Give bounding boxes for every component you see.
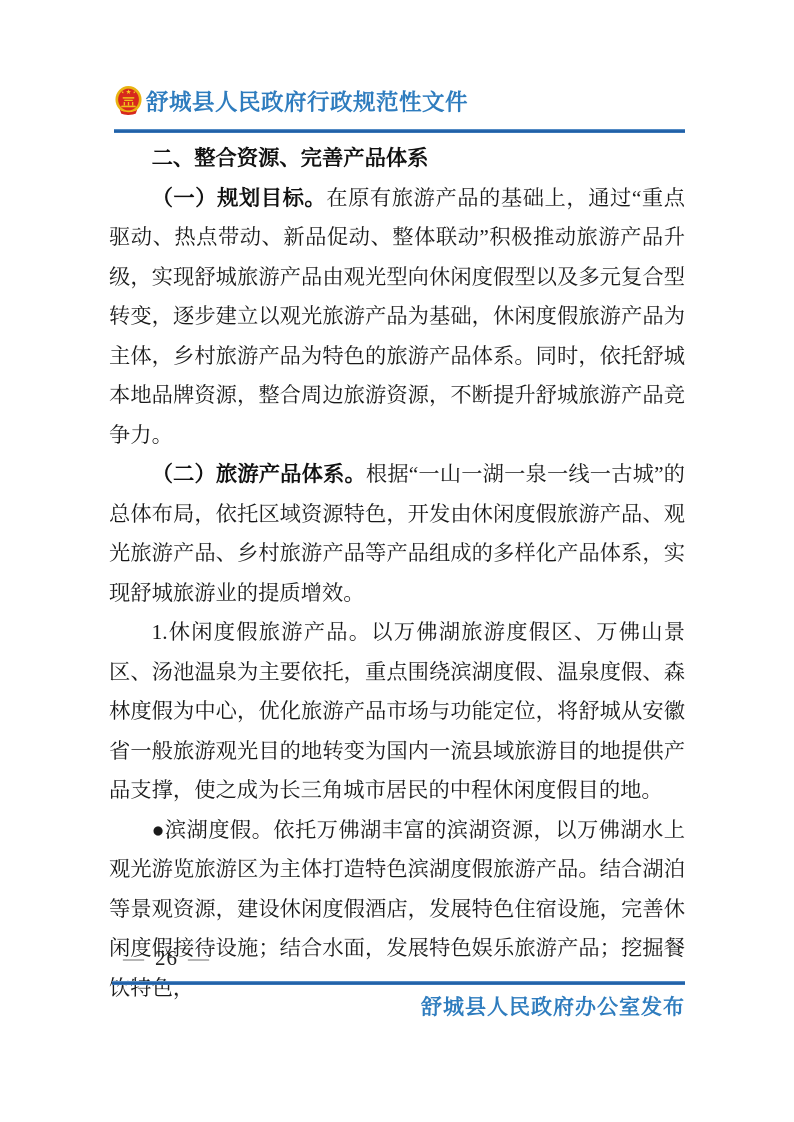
- paragraph-lakeside-holiday-text: ●滨湖度假。依托万佛湖丰富的滨湖资源，以万佛湖水上观光游览旅游区为主体打造特色滨…: [109, 818, 685, 1000]
- paragraph-product-system-lead: （二）旅游产品体系。: [152, 462, 366, 486]
- publisher-line: 舒城县人民政府办公室发布: [109, 993, 685, 1023]
- svg-text:★: ★: [133, 90, 136, 94]
- paragraph-planning-goal-lead: （一）规划目标。: [152, 186, 327, 210]
- paragraph-planning-goal-text: 在原有旅游产品的基础上，通过“重点驱动、热点带动、新品促动、整体联动”积极推动旅…: [109, 186, 685, 447]
- header-divider: [114, 129, 685, 133]
- national-emblem-icon: ★ ★ ★: [114, 85, 143, 117]
- paragraph-leisure-products: 1.休闲度假旅游产品。以万佛湖旅游度假区、万佛山景区、汤池温泉为主要依托，重点围…: [109, 613, 685, 811]
- page-number-right-dash: —: [182, 946, 216, 970]
- document-page: ★ ★ ★ 舒城县人民政府行政规范性文件 二、整合资源、完善产品体系 （一）规划…: [0, 0, 794, 1122]
- paragraph-planning-goal: （一）规划目标。在原有旅游产品的基础上，通过“重点驱动、热点带动、新品促动、整体…: [109, 179, 685, 456]
- footer-divider: [112, 981, 685, 985]
- svg-text:★: ★: [126, 90, 132, 96]
- document-title: 舒城县人民政府行政规范性文件: [146, 85, 468, 117]
- svg-text:★: ★: [121, 90, 124, 94]
- page-number-value: 26: [151, 946, 182, 970]
- paragraph-leisure-products-text: 1.休闲度假旅游产品。以万佛湖旅游度假区、万佛山景区、汤池温泉为主要依托，重点围…: [109, 620, 685, 802]
- header-title-row: ★ ★ ★ 舒城县人民政府行政规范性文件: [114, 84, 685, 118]
- document-body: 二、整合资源、完善产品体系 （一）规划目标。在原有旅游产品的基础上，通过“重点驱…: [109, 139, 685, 1008]
- section-heading: 二、整合资源、完善产品体系: [109, 139, 685, 179]
- page-number: —26—: [117, 944, 216, 972]
- document-header: ★ ★ ★ 舒城县人民政府行政规范性文件: [114, 84, 685, 133]
- paragraph-product-system: （二）旅游产品体系。根据“一山一湖一泉一线一古城”的总体布局，依托区域资源特色，…: [109, 455, 685, 613]
- paragraph-lakeside-holiday: ●滨湖度假。依托万佛湖丰富的滨湖资源，以万佛湖水上观光游览旅游区为主体打造特色滨…: [109, 811, 685, 1009]
- page-number-left-dash: —: [117, 946, 151, 970]
